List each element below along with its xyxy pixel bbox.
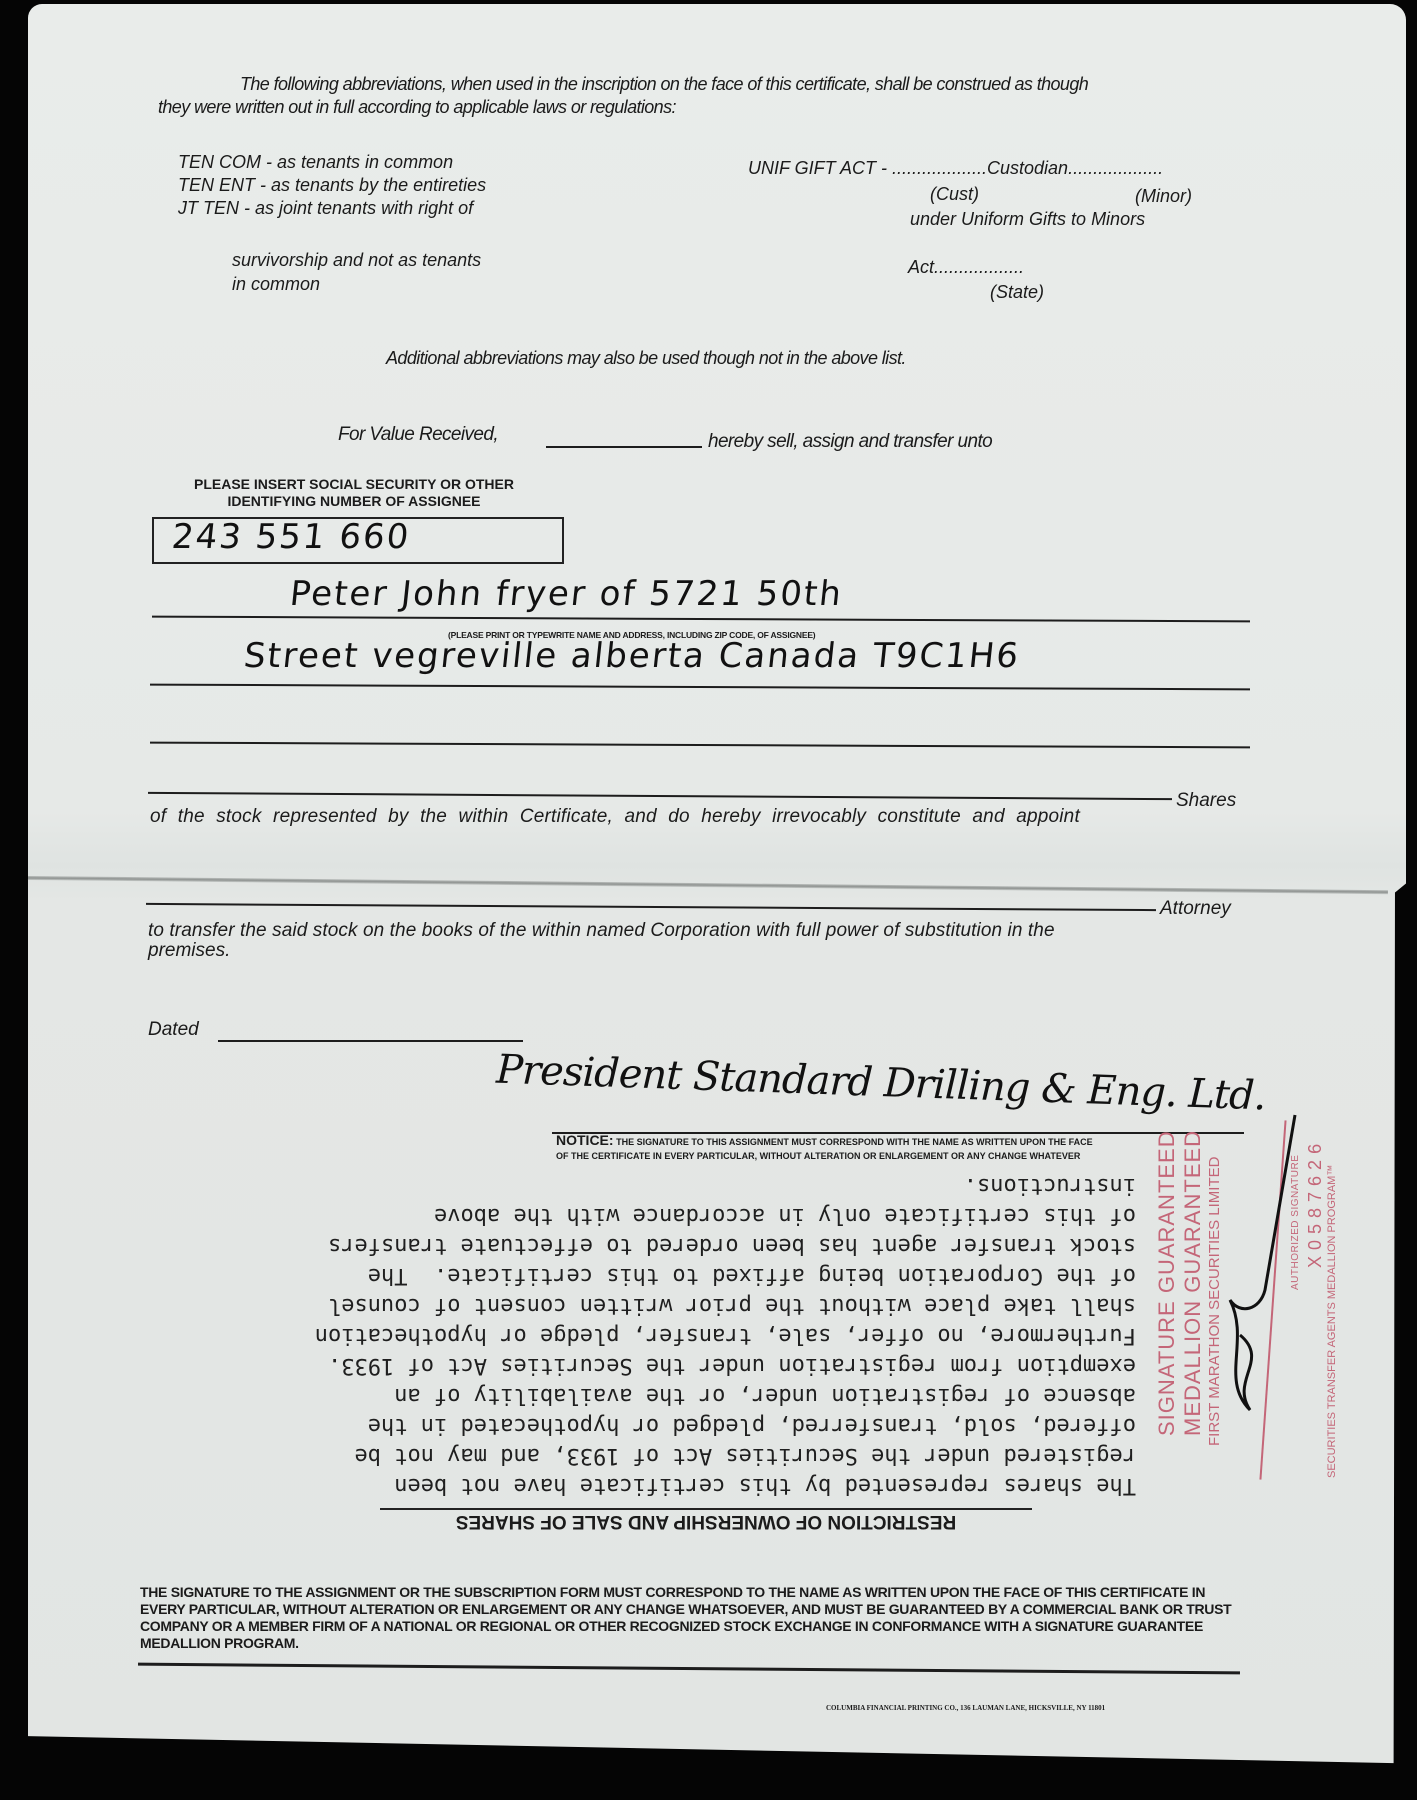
dated-blank-line[interactable] <box>218 1040 523 1042</box>
under-ugma-label: under Uniform Gifts to Minors <box>910 209 1145 230</box>
assignee-handwriting-line-2: Street vegreville alberta Canada T9C1H6 <box>242 636 1022 676</box>
unif-gift-act: UNIF GIFT ACT - ...................Custo… <box>748 158 1163 179</box>
transfer-power-text-1: to transfer the said stock on the books … <box>148 920 1055 942</box>
ssn-input-box[interactable]: 243 551 660 <box>152 517 564 564</box>
abbrev-ten-ent: TEN ENT - as tenants by the entireties <box>178 174 486 197</box>
stamp-program-name: SECURITIES TRANSFER AGENTS MEDALLION PRO… <box>1326 1165 1338 1478</box>
printer-imprint: COLUMBIA FINANCIAL PRINTING CO., 136 LAU… <box>826 1704 1105 1712</box>
sell-assign-transfer-label: hereby sell, assign and transfer unto <box>708 431 992 453</box>
stamp-medallion-guaranteed: MEDALLION GUARANTEED <box>1180 1130 1206 1436</box>
guarantor-signature-scribble <box>1210 1110 1310 1440</box>
additional-abbreviations-note: Additional abbreviations may also be use… <box>386 348 906 369</box>
for-value-received-label: For Value Received, <box>338 424 498 446</box>
ssn-label: PLEASE INSERT SOCIAL SECURITY OR OTHER I… <box>172 476 536 510</box>
abbrev-continued-line: in common <box>232 272 481 296</box>
ssn-label-line-2: IDENTIFYING NUMBER OF ASSIGNEE <box>172 493 536 510</box>
ssn-handwritten-value: 243 551 660 <box>170 517 413 557</box>
intro-line-1: The following abbreviations, when used i… <box>240 74 1088 95</box>
cust-label: (Cust) <box>930 184 979 205</box>
restriction-title-upside-down: RESTRICTION OF OWNERSHIP AND SALE OF SHA… <box>380 1508 1032 1532</box>
shares-label: Shares <box>1176 790 1236 812</box>
assignee-handwriting-line-1: Peter John fryer of 5721 50th <box>288 574 845 614</box>
restriction-body-upside-down: The shares represented by this certifica… <box>376 1150 1136 1500</box>
abbrev-jt-ten: JT TEN - as joint tenants with right of <box>178 197 486 220</box>
act-label: Act.................. <box>908 257 1024 278</box>
abbreviation-list: TEN COM - as tenants in common TEN ENT -… <box>178 151 486 220</box>
state-label: (State) <box>990 282 1044 303</box>
signature-guarantee-legal-text: THE SIGNATURE TO THE ASSIGNMENT OR THE S… <box>140 1584 1240 1652</box>
stock-represented-text: of the stock represented by the within C… <box>150 806 1080 828</box>
abbrev-ten-com: TEN COM - as tenants in common <box>178 151 486 174</box>
minor-label: (Minor) <box>1135 186 1192 207</box>
ssn-label-line-1: PLEASE INSERT SOCIAL SECURITY OR OTHER <box>172 476 536 493</box>
abbrev-jt-ten-continued: survivorship and not as tenants in commo… <box>232 248 481 296</box>
attorney-label: Attorney <box>1160 898 1231 920</box>
transfer-power-text-2: premises. <box>148 940 230 962</box>
abbrev-continued-line: survivorship and not as tenants <box>232 248 481 272</box>
stamp-signature-guaranteed: SIGNATURE GUARANTEED <box>1154 1130 1180 1436</box>
dated-label: Dated <box>148 1019 199 1041</box>
for-value-blank-line[interactable] <box>546 446 702 448</box>
notice-line-1: THE SIGNATURE TO THIS ASSIGNMENT MUST CO… <box>616 1137 1093 1147</box>
intro-line-2: they were written out in full according … <box>158 97 676 118</box>
notice-label: NOTICE: <box>556 1132 614 1148</box>
